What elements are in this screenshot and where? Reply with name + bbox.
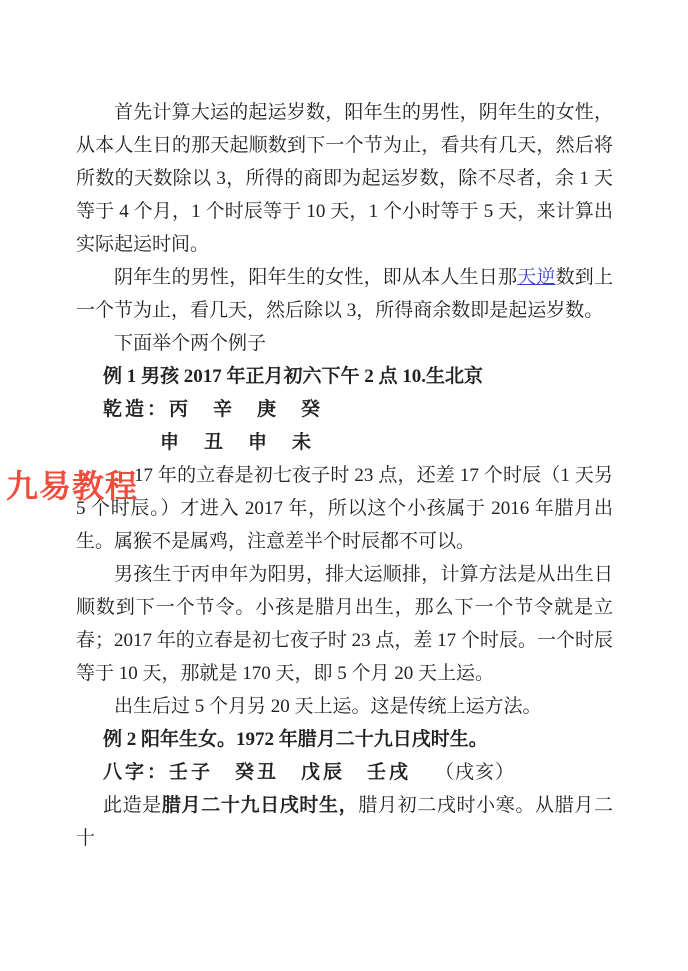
example1-title: 例 1 男孩 2017 年正月初六下午 2 点 10.生北京 xyxy=(76,360,613,393)
example1-stems-row: 乾造：丙 辛 庚 癸 xyxy=(76,393,613,426)
example2-body-bold-date: 腊月二十九日戌时生， xyxy=(162,795,358,816)
paragraph-qiyun-intro: 首先计算大运的起运岁数，阳年生的男性，阴年生的女性，从本人生日的那天起顺数到下一… xyxy=(76,96,613,261)
paragraph-yin-year: 阴年生的男性，阳年生的女性，即从本人生日那天逆数到上一个节为止，看几天，然后除以… xyxy=(76,261,613,327)
paragraph-yin-year-before: 阴年生的男性，阳年生的女性，即从本人生日那 xyxy=(114,267,517,288)
paragraph-calc-method: 男孩生于丙申年为阳男，排大运顺排，计算方法是从出生日顺数到下一个节令。小孩是腊月… xyxy=(76,558,613,690)
paragraph-example2-body: 此造是腊月二十九日戌时生，腊月初二戌时小寒。从腊月二十 xyxy=(76,789,613,855)
jiuyi-tutorial-watermark: 九易教程 xyxy=(6,466,138,506)
example1-earthly-branches: 申 丑 申 未 xyxy=(76,426,613,459)
tianni-hyperlink[interactable]: 天逆 xyxy=(517,267,555,288)
example1-qianzao-label: 乾造： xyxy=(103,399,169,420)
example2-bazi-note: （戌亥） xyxy=(435,762,515,783)
document-page: 首先计算大运的起运岁数，阳年生的男性，阴年生的女性，从本人生日的那天起顺数到下一… xyxy=(0,0,688,971)
example1-heavenly-stems: 丙 辛 庚 癸 xyxy=(169,399,323,420)
example2-bazi-row: 八字：壬子 癸丑 戊辰 壬戌（戌亥） xyxy=(76,756,613,789)
example2-bazi-pillars: 八字：壬子 癸丑 戊辰 壬戌 xyxy=(103,762,411,783)
example2-title: 例 2 阳年生女。1972 年腊月二十九日戌时生。 xyxy=(76,723,613,756)
example2-body-pre: 此造是 xyxy=(103,795,162,816)
paragraph-traditional-method: 出生后过 5 个月另 20 天上运。这是传统上运方法。 xyxy=(76,690,613,723)
paragraph-lichun-2017: 17 年的立春是初七夜子时 23 点，还差 17 个时辰（1 天另 5 个时辰。… xyxy=(76,459,613,558)
paragraph-examples-intro: 下面举个两个例子 xyxy=(76,327,613,360)
document-content: 首先计算大运的起运岁数，阳年生的男性，阴年生的女性，从本人生日的那天起顺数到下一… xyxy=(76,96,613,855)
